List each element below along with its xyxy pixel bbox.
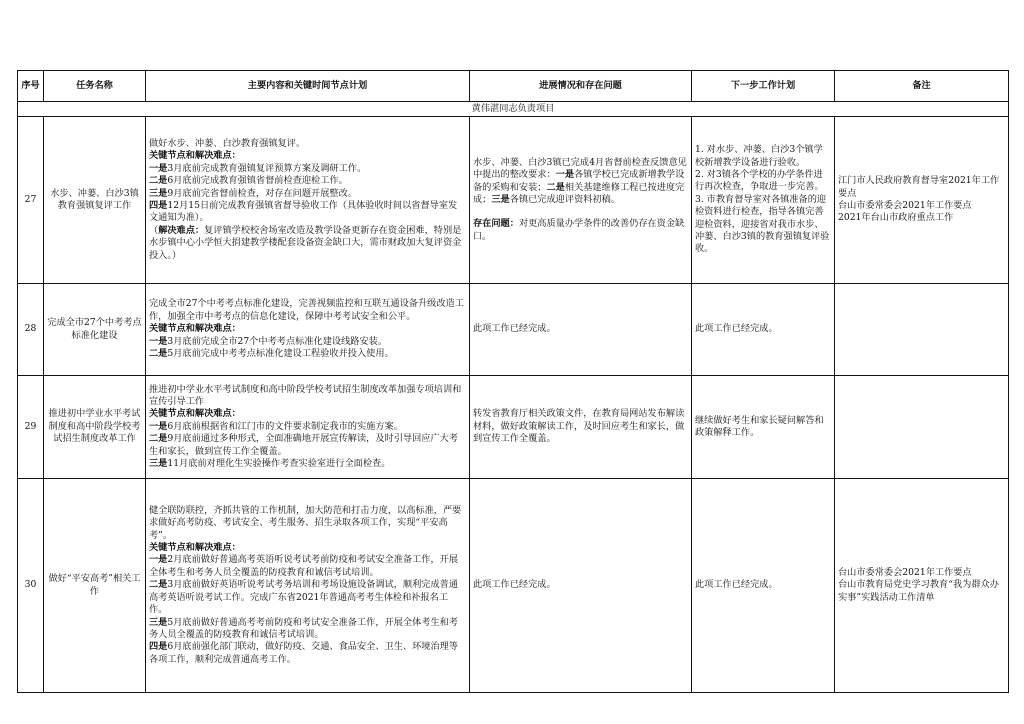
row-progress: 水步、冲蒌、白沙3镇已完成4月省督前检查反馈意见中提出的整改要求：一是各镇学校已… [470,117,692,284]
header-next: 下一步工作计划 [692,71,835,102]
row-task: 推进初中学业水平考试制度和高中阶段学校考试招生制度改革工作 [44,376,146,479]
remark-item: 2021年台山市政府重点工作 [838,212,1005,224]
content-item: 一是2月底前做好普通高考英语听说考试考前防疫和考试安全准备工作，开展全体考生和考… [149,554,466,579]
row-content: 完成全市27个中考考点标准化建设，完善视频监控和互联互通设备升级改造工作，加强全… [146,284,470,376]
row-seq: 28 [18,284,44,376]
row-seq: 27 [18,117,44,284]
section-row: 黄伟湛同志负责项目 [18,102,1009,117]
header-progress: 进展情况和存在问题 [470,71,692,102]
content-item: 三是9月底前完省督前检查，对存在问题开展整改。 [149,188,466,200]
key-label: 关键节点和解决难点： [149,408,466,420]
content-item: 一是3月底前完成全市27个中考考点标准化建设线路安装。 [149,336,466,348]
progress-text: 水步、冲蒌、白沙3镇已完成4月省督前检查反馈意见中提出的整改要求：一是各镇学校已… [473,157,688,207]
content-intro: 完成全市27个中考考点标准化建设，完善视频监控和互联互通设备升级改造工作，加强全… [149,298,466,323]
header-remarks: 备注 [835,71,1009,102]
row-progress: 此项工作已经完成。 [470,284,692,376]
content-intro: 健全联防联控，齐抓共管的工作机制，加大防范和打击力度，以高标准，严要求做好高考防… [149,505,466,542]
section-title: 黄伟湛同志负责项目 [18,102,1009,117]
table-row: 27 水步、冲蒌、白沙3镇教育强镇复评工作 做好水步、冲蒌、白沙教育强镇复评。 … [18,117,1009,284]
row-remarks [835,376,1009,479]
row-remarks [835,284,1009,376]
remark-item: 台山市教育局党史学习教育“我为群众办实事”实践活动工作清单 [838,579,1005,604]
next-item: 1. 对水步、冲蒌、白沙3个镇学校新增教学设备进行验收。 [695,144,831,169]
content-item: 一是6月底前根据省和江门市的文件要求制定我市的实施方案。 [149,421,466,433]
content-item: 四是12月15日前完成教育强镇省督导验收工作（具体验收时间以省督导室发文通知为准… [149,200,466,225]
row-progress: 转发省教育厅相关政策文件，在教育局网站发布解读材料，做好政策解读工作，及时回应考… [470,376,692,479]
content-item: 四是6月底前强化部门联动，做好防疫、交通、食品安全、卫生、环境治理等各项工作，顺… [149,641,466,666]
content-item: 三是5月底前做好普通高考考前防疫和考试安全准备工作，开展全体考生和考务人员全覆盖… [149,617,466,642]
content-item: 二是3月底前做好英语听说考试考务培训和考场设施设备调试，顺利完成普通高考英语听说… [149,579,466,616]
difficulty-note: （解决难点：复评镇学校校舍场室改造及教学设备更新存在资金困难，特别是水步镇中心小… [149,225,466,262]
remark-item: 台山市委常委会2021年工作要点 [838,567,1005,579]
row-content: 做好水步、冲蒌、白沙教育强镇复评。 关键节点和解决难点： 一是3月底前完成教育强… [146,117,470,284]
row-next: 此项工作已经完成。 [692,284,835,376]
remark-item: 江门市人民政府教育督导室2021年工作要点 [838,175,1005,200]
row-next: 继续做好考生和家长疑问解答和政策解释工作。 [692,376,835,479]
row-progress: 此项工作已经完成。 [470,479,692,693]
content-item: 二是6月底前完成教育强镇省督前检查迎检工作。 [149,175,466,187]
row-task: 做好“平安高考”相关工作 [44,479,146,693]
row-remarks: 台山市委常委会2021年工作要点 台山市教育局党史学习教育“我为群众办实事”实践… [835,479,1009,693]
table-row: 29 推进初中学业水平考试制度和高中阶段学校考试招生制度改革工作 推进初中学业水… [18,376,1009,479]
row-seq: 29 [18,376,44,479]
row-next: 此项工作已经完成。 [692,479,835,693]
content-intro: 推进初中学业水平考试制度和高中阶段学校考试招生制度改革加强专项培训和宣传引导工作 [149,384,466,409]
content-item: 三是11月底前对理化生实验操作考查实验室进行全面检查。 [149,458,466,470]
progress-issue: 存在问题：对更高质量办学条件的改善仍存在资金缺口。 [473,218,688,243]
row-content: 推进初中学业水平考试制度和高中阶段学校考试招生制度改革加强专项培训和宣传引导工作… [146,376,470,479]
key-label: 关键节点和解决难点： [149,542,466,554]
header-content: 主要内容和关键时间节点计划 [146,71,470,102]
row-task: 完成全市27个中考考点标准化建设 [44,284,146,376]
row-task: 水步、冲蒌、白沙3镇教育强镇复评工作 [44,117,146,284]
header-seq: 序号 [18,71,44,102]
header-row: 序号 任务名称 主要内容和关键时间节点计划 进展情况和存在问题 下一步工作计划 … [18,71,1009,102]
row-remarks: 江门市人民政府教育督导室2021年工作要点 台山市委常委会2021年工作要点 2… [835,117,1009,284]
remark-item: 台山市委常委会2021年工作要点 [838,200,1005,212]
next-item: 3. 市教育督导室对各镇准备的迎检资料进行检查，指导各镇完善迎检资料，迎接省对我… [695,194,831,256]
content-item: 一是3月底前完成教育强镇复评预算方案及调研工作。 [149,163,466,175]
table-row: 28 完成全市27个中考考点标准化建设 完成全市27个中考考点标准化建设，完善视… [18,284,1009,376]
work-plan-table: 序号 任务名称 主要内容和关键时间节点计划 进展情况和存在问题 下一步工作计划 … [17,70,1009,693]
next-item: 2. 对3镇各个学校的办学条件进行再次检查，争取进一步完善。 [695,169,831,194]
key-label: 关键节点和解决难点： [149,150,466,162]
row-next: 1. 对水步、冲蒌、白沙3个镇学校新增教学设备进行验收。 2. 对3镇各个学校的… [692,117,835,284]
content-item: 二是5月底前完成中考考点标准化建设工程验收并投入使用。 [149,348,466,360]
key-label: 关键节点和解决难点： [149,323,466,335]
row-seq: 30 [18,479,44,693]
row-content: 健全联防联控，齐抓共管的工作机制，加大防范和打击力度，以高标准，严要求做好高考防… [146,479,470,693]
content-item: 二是9月底前通过多种形式，全面准确地开展宣传解读，及时引导回应广大考生和家长，做… [149,433,466,458]
content-intro: 做好水步、冲蒌、白沙教育强镇复评。 [149,138,466,150]
header-task: 任务名称 [44,71,146,102]
table-row: 30 做好“平安高考”相关工作 健全联防联控，齐抓共管的工作机制，加大防范和打击… [18,479,1009,693]
